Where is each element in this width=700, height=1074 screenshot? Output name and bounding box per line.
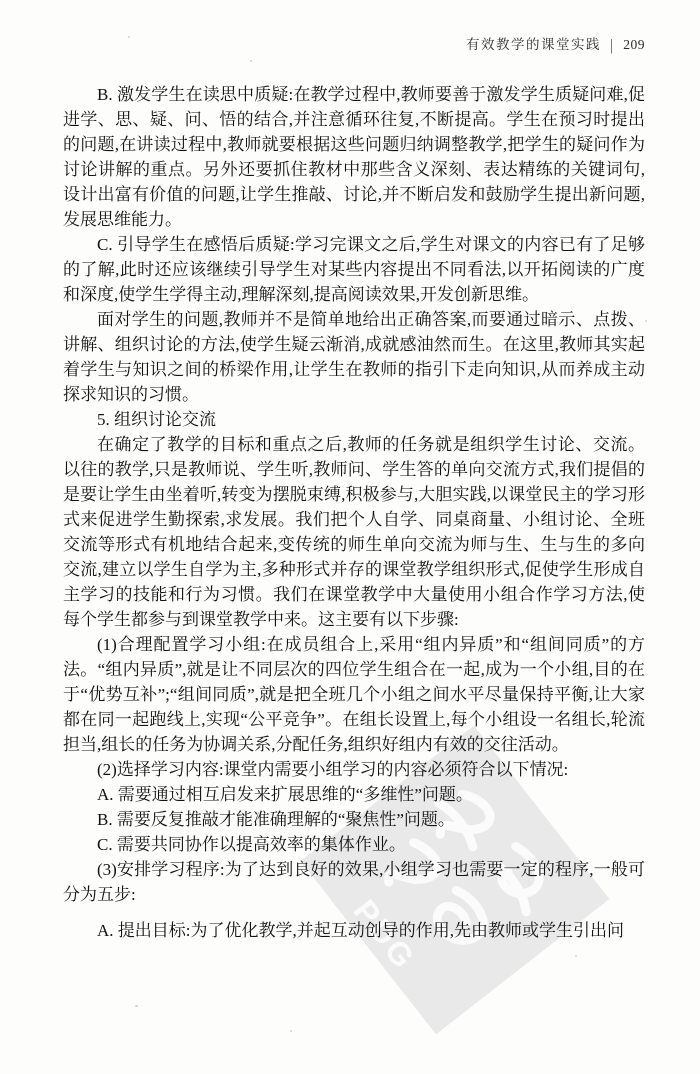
scanned-book-page: PDG 有效教学的课堂实践|209 B. 激发学生在读思中质疑:在教学过程中,教… [0,0,700,1074]
body-text: B. 激发学生在读思中质疑:在教学过程中,教师要善于激发学生质疑问难,促进学、思… [63,82,645,943]
scan-speck [575,955,577,957]
scan-speck [128,36,130,38]
paragraph: 在确定了教学的目标和重点之后,教师的任务就是组织学生讨论、交流。以往的教学,只是… [63,432,645,632]
running-header-title: 有效教学的课堂实践 [466,37,601,52]
paragraph: C. 引导学生在感悟后质疑:学习完课文之后,学生对课文的内容已有了足够的了解,此… [63,232,645,307]
paragraph: 5. 组织讨论交流 [63,407,645,432]
header-separator: | [610,35,614,54]
paragraph: (2)选择学习内容:课堂内需要小组学习的内容必须符合以下情况: [63,757,645,782]
scan-speck [645,320,647,322]
paragraph: B. 需要反复推敲才能准确理解的“聚焦性”问题。 [63,807,645,832]
paragraph: 面对学生的问题,教师并不是简单地给出正确答案,而要通过暗示、点拨、讲解、组织讨论… [63,307,645,407]
paragraph: (1)合理配置学习小组:在成员组合上,采用“组内异质”和“组间同质”的方法。“组… [63,632,645,757]
paragraph: C. 需要共同协作以提高效率的集体作业。 [63,832,645,857]
page-number: 209 [623,37,645,52]
scan-speck [135,1005,138,1007]
paragraph: (3)安排学习程序:为了达到良好的效果,小组学习也需要一定的程序,一般可分为五步… [63,857,645,907]
paragraph: A. 提出目标:为了优化教学,并起互动创导的作用,先由教师或学生引出问 [63,918,645,943]
scan-speck [250,60,252,62]
running-header: 有效教学的课堂实践|209 [466,33,645,53]
paragraph: B. 激发学生在读思中质疑:在教学过程中,教师要善于激发学生质疑问难,促进学、思… [63,82,645,232]
scan-speck [290,1030,292,1032]
paragraph: A. 需要通过相互启发来扩展思维的“多维性”问题。 [63,782,645,807]
